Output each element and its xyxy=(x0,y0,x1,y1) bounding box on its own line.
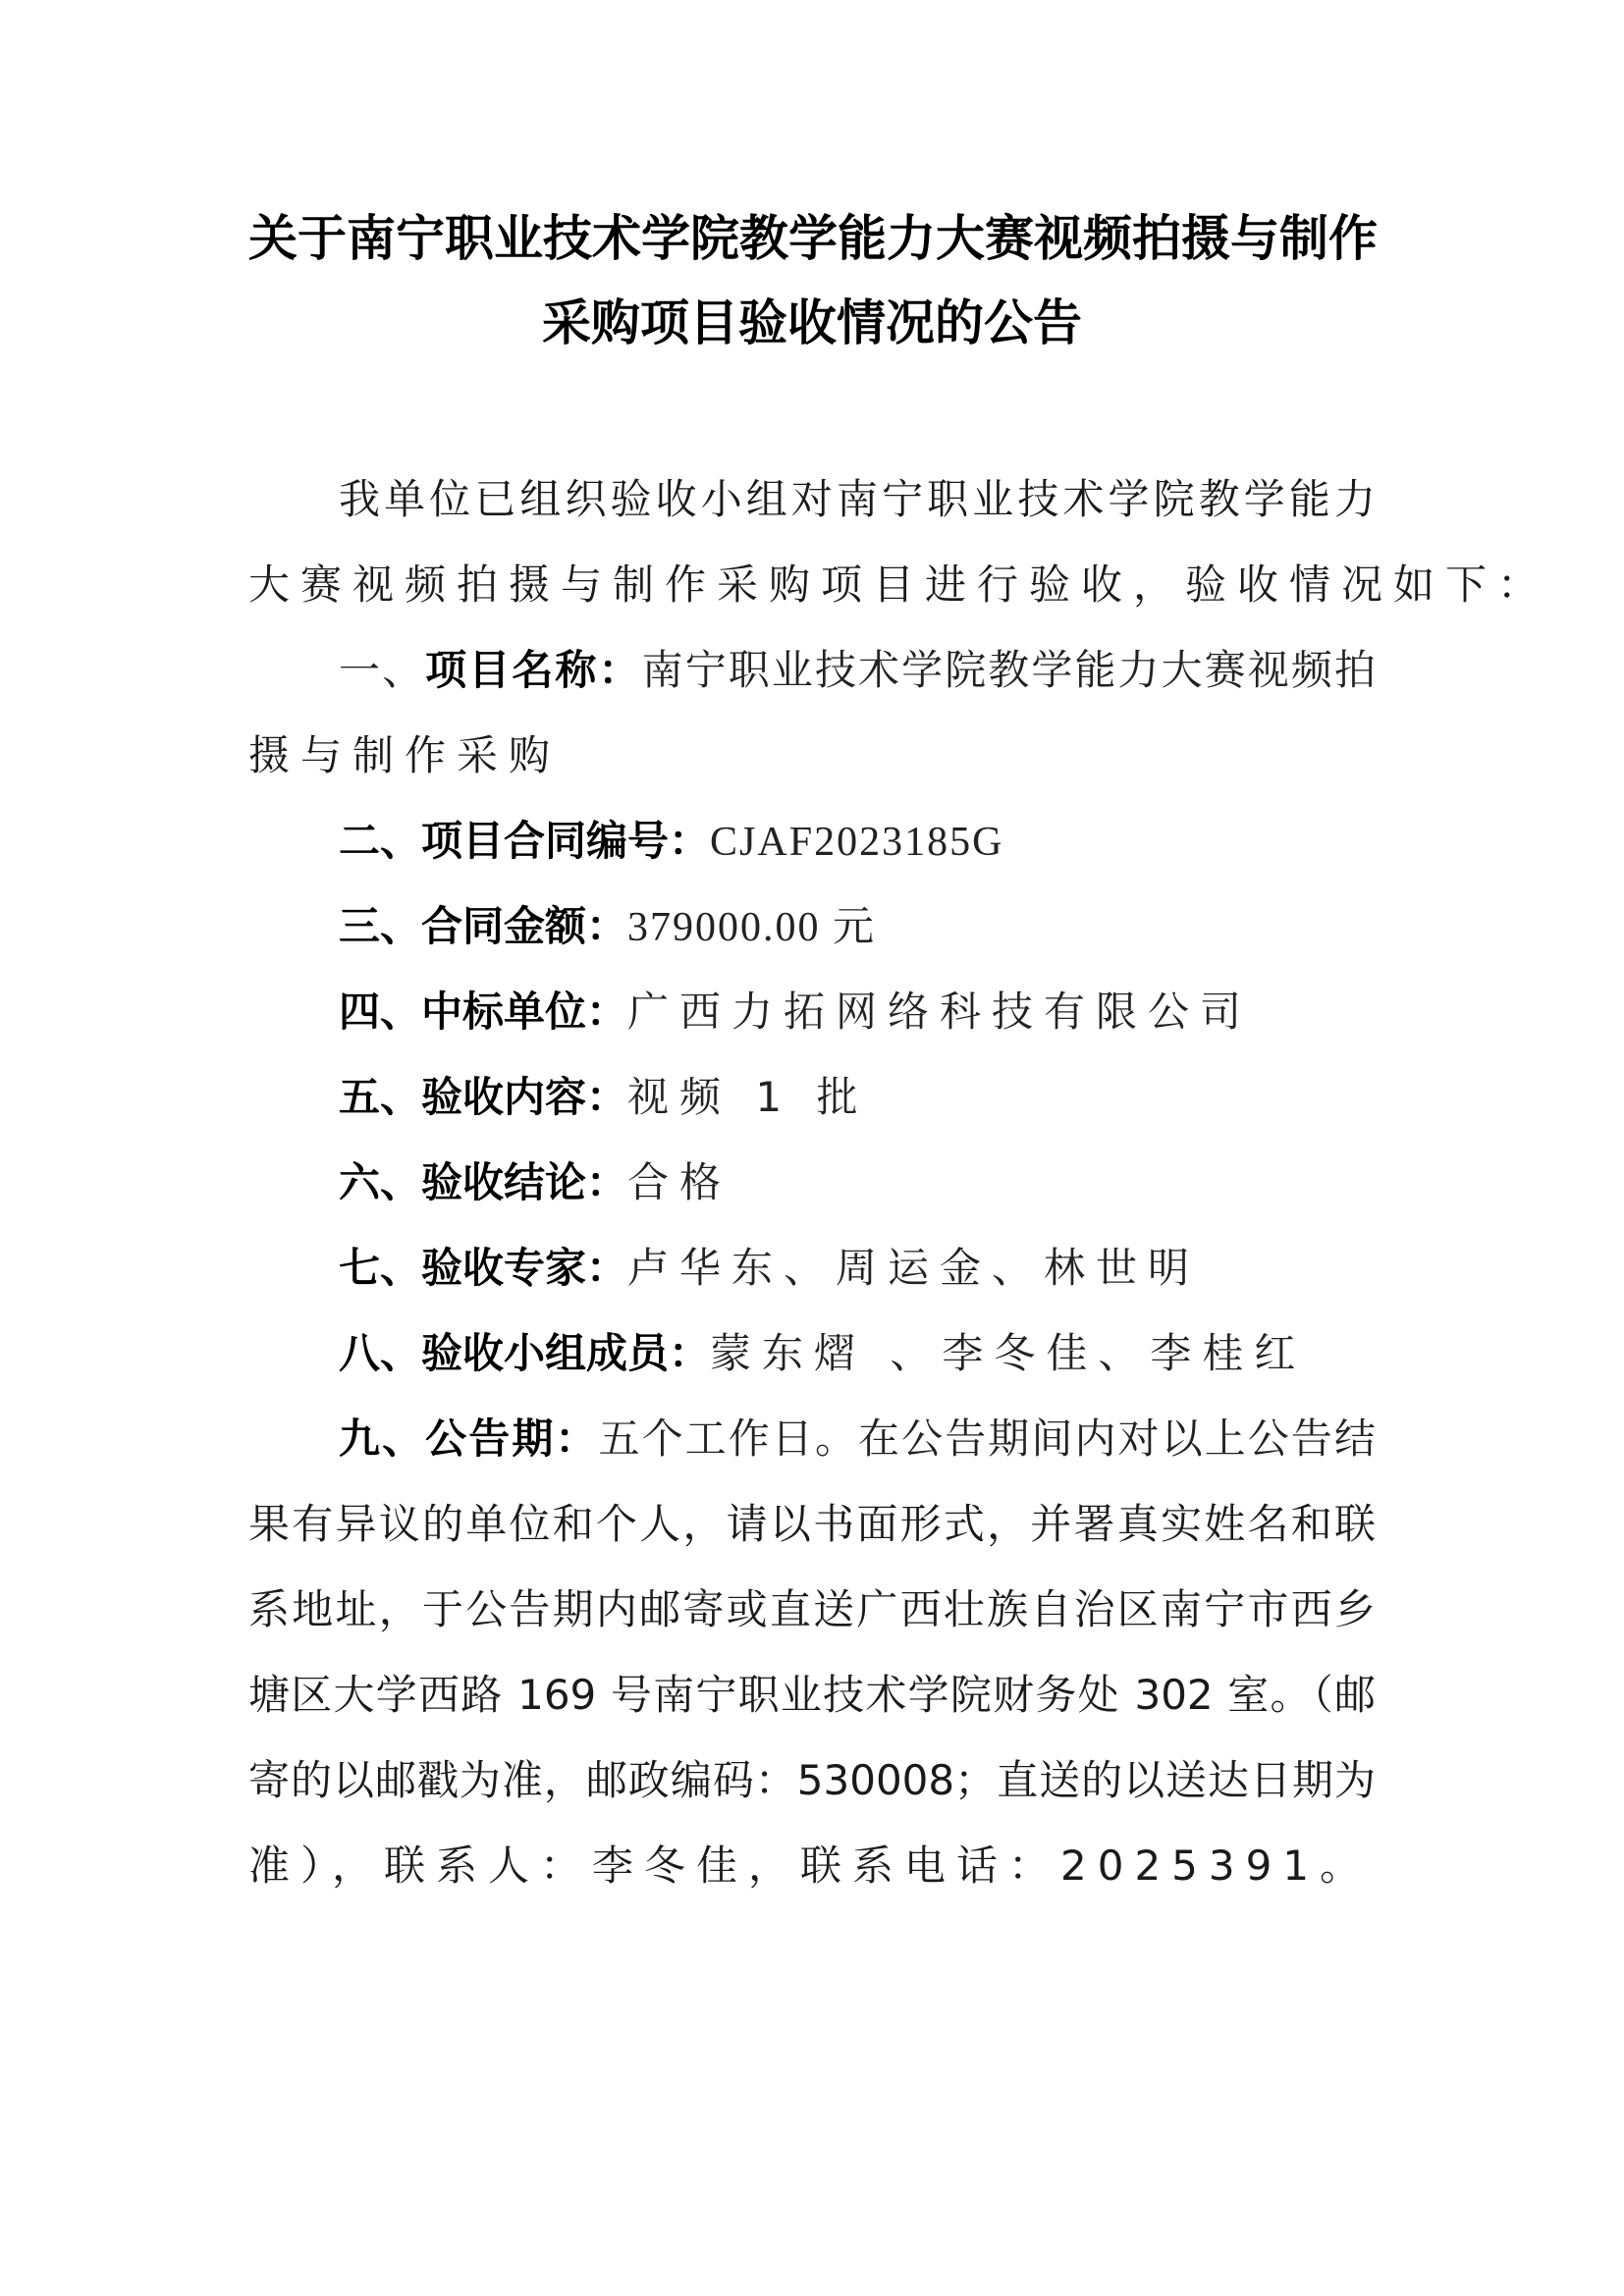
item-winning-bidder: 四、中标单位：广西力拓网络科技有限公司 xyxy=(248,969,1376,1054)
item-label: 中标单位： xyxy=(421,988,627,1036)
announcement-period-line-3: 系地址，于公告期内邮寄或直送广西壮族自治区南宁市西乡 xyxy=(248,1567,1376,1652)
item-label: 验收专家： xyxy=(421,1244,627,1292)
item-acceptance-conclusion: 六、验收结论：合格 xyxy=(248,1140,1376,1225)
item-label: 验收小组成员： xyxy=(421,1329,710,1377)
item-value: 南宁职业技术学院教学能力大赛视频拍 xyxy=(642,646,1376,694)
item-value: 视频 1 批 xyxy=(627,1073,868,1121)
document-page: 关于南宁职业技术学院教学能力大赛视频拍摄与制作 采购项目验收情况的公告 我单位已… xyxy=(0,0,1624,2296)
announcement-period-line-6: 准），联系人：李冬佳，联系电话：2025391。 xyxy=(248,1823,1376,1908)
document-body: 我单位已组织验收小组对南宁职业技术学院教学能力 大赛视频拍摄与制作采购项目进行验… xyxy=(248,456,1376,1908)
announcement-period-line-4: 塘区大学西路 169 号南宁职业技术学院财务处 302 室。（邮 xyxy=(248,1652,1376,1737)
item-acceptance-content: 五、验收内容：视频 1 批 xyxy=(248,1054,1376,1140)
item-contract-amount: 三、合同金额：379000.00 元 xyxy=(248,883,1376,969)
intro-paragraph-line-2: 大赛视频拍摄与制作采购项目进行验收，验收情况如下： xyxy=(248,542,1376,627)
item-number: 八、 xyxy=(339,1329,421,1377)
announcement-period-line-5: 寄的以邮戳为准，邮政编码：530008；直送的以送达日期为 xyxy=(248,1737,1376,1823)
item-label: 合同金额： xyxy=(421,902,627,950)
item-number: 三、 xyxy=(339,902,421,950)
title-line-2: 采购项目验收情况的公告 xyxy=(248,281,1376,365)
item-number: 二、 xyxy=(339,817,421,865)
item-number: 九、 xyxy=(339,1415,425,1463)
intro-paragraph-line-1: 我单位已组织验收小组对南宁职业技术学院教学能力 xyxy=(248,456,1376,542)
item-acceptance-experts: 七、验收专家：卢华东、周运金、林世明 xyxy=(248,1225,1376,1310)
announcement-period-line-2: 果有异议的单位和个人，请以书面形式，并署真实姓名和联 xyxy=(248,1481,1376,1567)
item-label: 公告期： xyxy=(425,1415,598,1463)
item-value: 五个工作日。在公告期间内对以上公告结 xyxy=(599,1415,1376,1463)
document-title: 关于南宁职业技术学院教学能力大赛视频拍摄与制作 采购项目验收情况的公告 xyxy=(248,196,1376,365)
item-value: 卢华东、周运金、林世明 xyxy=(627,1244,1200,1292)
item-value: 广西力拓网络科技有限公司 xyxy=(627,988,1252,1036)
item-number: 七、 xyxy=(339,1244,421,1292)
title-line-1: 关于南宁职业技术学院教学能力大赛视频拍摄与制作 xyxy=(248,196,1376,281)
item-project-name-continued: 摄与制作采购 xyxy=(248,713,1376,798)
item-number: 五、 xyxy=(339,1073,421,1121)
item-label: 项目名称： xyxy=(425,646,641,694)
item-number: 四、 xyxy=(339,988,421,1036)
item-announcement-period: 九、公告期：五个工作日。在公告期间内对以上公告结 xyxy=(248,1396,1376,1481)
item-value: CJAF2023185G xyxy=(710,820,1003,865)
item-project-name: 一、项目名称：南宁职业技术学院教学能力大赛视频拍 xyxy=(248,627,1376,713)
item-value: 379000.00 元 xyxy=(627,905,876,950)
item-number: 六、 xyxy=(339,1158,421,1206)
item-number: 一、 xyxy=(339,646,425,694)
item-contract-number: 二、项目合同编号：CJAF2023185G xyxy=(248,798,1376,883)
item-value: 合格 xyxy=(627,1158,731,1206)
item-acceptance-members: 八、验收小组成员：蒙东熠 、李冬佳、李桂红 xyxy=(248,1310,1376,1396)
item-value: 蒙东熠 、李冬佳、李桂红 xyxy=(710,1329,1306,1377)
item-label: 验收内容： xyxy=(421,1073,627,1121)
item-label: 项目合同编号： xyxy=(421,817,710,865)
item-label: 验收结论： xyxy=(421,1158,627,1206)
